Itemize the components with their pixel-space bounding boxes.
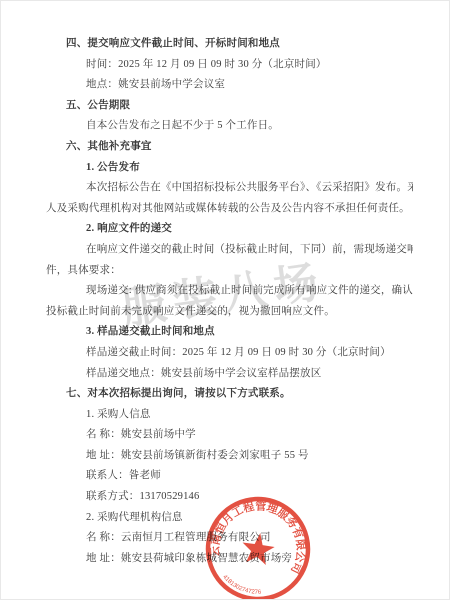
official-stamp: 云南恒月工程管理服务有限公司 4181302747276 bbox=[202, 493, 314, 600]
doc-line: 联系人：昝老师 bbox=[46, 466, 413, 487]
doc-line: 七、对本次招标提出询问，请按以下方式联系。 bbox=[46, 384, 413, 405]
doc-line: 本次招标公告在《中国招标投标公共服务平台》、《云采招阳》发布。采购 bbox=[46, 178, 413, 199]
doc-line: 地 址：姚安县前场镇新街村委会刘家咀子 55 号 bbox=[46, 446, 413, 467]
doc-line: 投标截止时间前未完成响应文件递交的，视为撤回响应文件。 bbox=[46, 302, 413, 323]
doc-line: 名 称：姚安县前场中学 bbox=[46, 425, 413, 446]
doc-line: 样品递交截止时间：2025 年 12 月 09 日 09 时 30 分（北京时间… bbox=[46, 343, 413, 364]
doc-line: 地点：姚安县前场中学会议室 bbox=[46, 75, 413, 96]
doc-line: 样品递交地点：姚安县前场中学会议室样品摆放区 bbox=[46, 364, 413, 385]
document-page: 服装八场 四、提交响应文件截止时间、开标时间和地点时间：2025 年 12 月 … bbox=[0, 0, 450, 600]
doc-line: 六、其他补充事宜 bbox=[46, 137, 413, 158]
document-lines: 四、提交响应文件截止时间、开标时间和地点时间：2025 年 12 月 09 日 … bbox=[46, 34, 413, 569]
doc-line: 现场递交: 供应商须在投标截止时间前完成所有响应文件的递交，确认签名， bbox=[46, 281, 413, 302]
doc-line: 自本公告发布之日起不少于 5 个工作日。 bbox=[46, 116, 413, 137]
doc-line: 在响应文件递交的截止时间（投标截止时间，下同）前，需现场递交响应文 bbox=[46, 240, 413, 261]
doc-line: 人及采购代理机构对其他网站或媒体转载的公告及公告内容不承担任何责任。 bbox=[46, 199, 413, 220]
doc-line: 1. 采购人信息 bbox=[46, 405, 413, 426]
doc-line: 时间：2025 年 12 月 09 日 09 时 30 分（北京时间） bbox=[46, 55, 413, 76]
doc-line: 四、提交响应文件截止时间、开标时间和地点 bbox=[46, 34, 413, 55]
doc-line: 件，具体要求： bbox=[46, 261, 413, 282]
star-icon bbox=[240, 531, 276, 566]
stamp-group: 云南恒月工程管理服务有限公司 4181302747276 bbox=[202, 493, 314, 600]
doc-line: 1. 公告发布 bbox=[46, 158, 413, 179]
doc-line: 3. 样品递交截止时间和地点 bbox=[46, 322, 413, 343]
doc-line: 五、公告期限 bbox=[46, 96, 413, 117]
doc-line: 2. 响应文件的递交 bbox=[46, 219, 413, 240]
